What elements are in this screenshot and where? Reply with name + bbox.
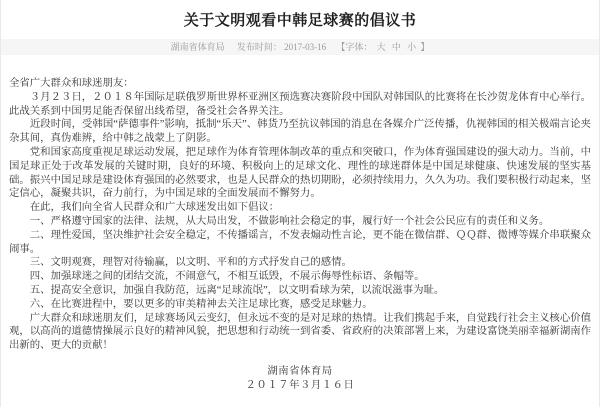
meta-publish-label: 发布时间： xyxy=(237,39,282,55)
font-size-prefix: 【字体： xyxy=(336,39,372,55)
body-paragraph: 一、严格遵守国家的法律、法规，从大局出发，不做影响社会稳定的事，履行好一个社会公… xyxy=(9,215,591,229)
article-header: 关于文明观看中韩足球赛的倡议书 湖南省体育局 发布时间： 2017-03-16 … xyxy=(1,0,599,55)
font-size-large-link[interactable]: 大 xyxy=(377,39,386,55)
body-paragraph: 全省广大群众和球迷朋友： xyxy=(9,77,591,91)
body-paragraph: 六、在比赛进程中，要以更多的审美精神去关注足球比赛，感受足球魅力。 xyxy=(9,298,591,312)
article-title: 关于文明观看中韩足球赛的倡议书 xyxy=(1,0,599,32)
body-paragraph: 广大群众和球迷朋友们，足球赛场风云变幻，但永远不变的是对足球的热情。让我们携起手… xyxy=(9,312,591,353)
body-paragraph: 近段时间，受韩国“萨德事件”影响，抵制“乐天”、韩货乃至抗议韩国的消息在各媒介广… xyxy=(9,118,591,146)
font-size-medium-link[interactable]: 中 xyxy=(392,39,401,55)
meta-bar: 湖南省体育局 发布时间： 2017-03-16 【字体： 大 中 小 】 xyxy=(1,39,599,55)
meta-publish-date: 2017-03-16 xyxy=(284,39,326,55)
body-paragraph: ３月２３日，２０１８年国际足联俄罗斯世界杯亚洲区预选赛决赛阶段中国队对韩国队的比… xyxy=(9,91,591,119)
body-paragraph: 二、理性爱国，坚决维护社会安全稳定，不传播谣言，不发表煽动性言论，更不能在微信群… xyxy=(9,229,591,257)
body-paragraph: 五、提高安全意识，加强自我防范，远离“足球流氓”，以文明看球为荣，以流氓滋事为耻… xyxy=(9,284,591,298)
article-body: 全省广大群众和球迷朋友： ３月２３日，２０１８年国际足联俄罗斯世界杯亚洲区预选赛… xyxy=(1,77,599,353)
body-paragraph: 党和国家高度重视足球运动发展，把足球作为体育管理体制改革的重点和突破口，作为体育… xyxy=(9,146,591,201)
body-paragraph: 四、加强球迷之间的团结交流，不闹意气，不相互诋毁，不展示侮辱性标语、条幅等。 xyxy=(9,270,591,284)
body-paragraph: 三、文明观赛，理智对待输赢，以文明、平和的方式抒发自己的感情。 xyxy=(9,256,591,270)
signature-date: ２０１７年３月１６日 xyxy=(1,379,599,394)
font-size-suffix: 】 xyxy=(420,39,429,55)
body-paragraph: 在此，我们向全省人民群众和广大球迷发出如下倡议： xyxy=(9,201,591,215)
meta-source: 湖南省体育局 xyxy=(171,39,225,55)
font-size-small-link[interactable]: 小 xyxy=(407,39,416,55)
signature-organization: 湖南省体育局 xyxy=(1,365,599,380)
signature-block: 湖南省体育局 ２０１７年３月１６日 xyxy=(1,365,599,394)
article-page: 关于文明观看中韩足球赛的倡议书 湖南省体育局 发布时间： 2017-03-16 … xyxy=(0,0,600,407)
